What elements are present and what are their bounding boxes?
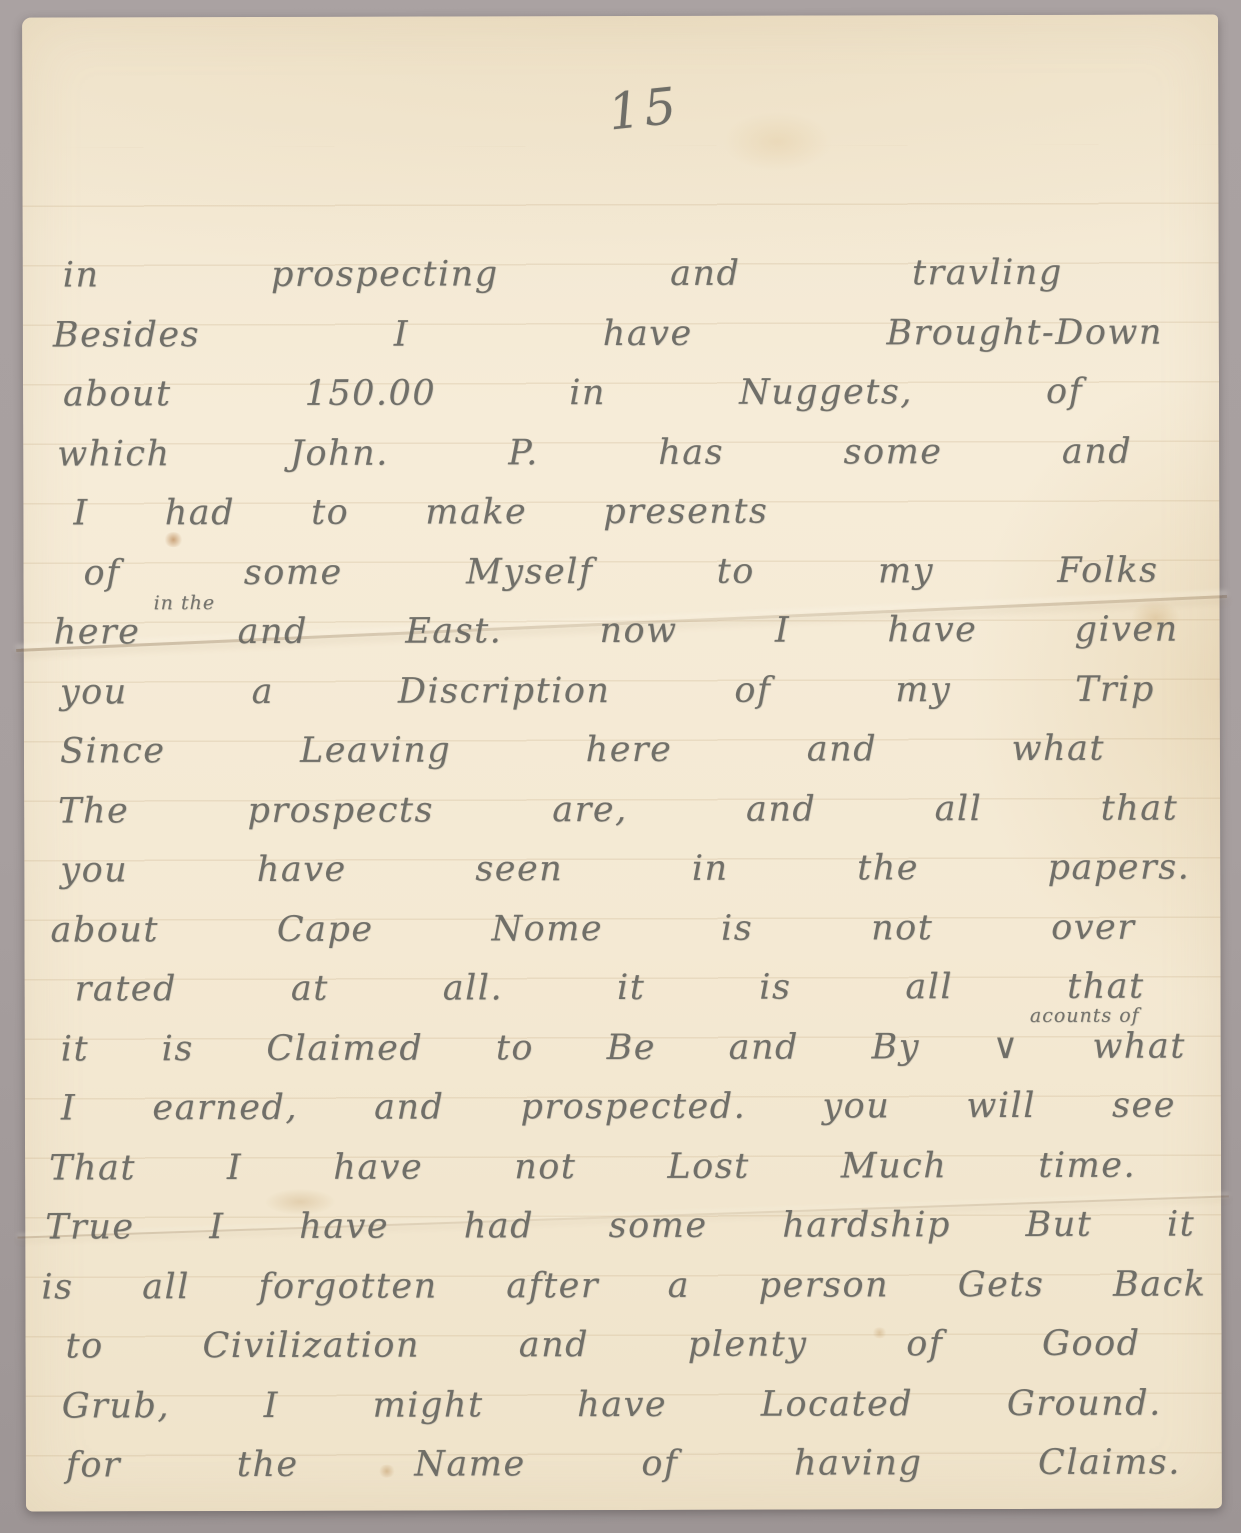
handwritten-line: rated at all. it is all that — [75, 958, 1145, 1020]
interlinear-insertion: in the — [154, 591, 216, 615]
handwritten-line: it is Claimed to Be and By ∨ what acount… — [61, 1017, 1186, 1079]
photo-background: { "letter": { "kind": "handwritten lette… — [0, 0, 1241, 1533]
handwritten-line: That I have not Lost Much time. — [49, 1136, 1136, 1198]
handwritten-line: of some Myself to my Folks — [83, 541, 1158, 603]
handwritten-line: is all forgotten after a person Gets Bac… — [41, 1255, 1206, 1318]
line-text: here and East. now I have given — [54, 610, 1179, 653]
handwritten-line: Grub, I might have Located Ground. — [62, 1374, 1162, 1436]
handwritten-line: in prospecting and travling — [63, 244, 1063, 306]
handwritten-line: The prospects are, and all that — [58, 779, 1178, 841]
paper-stain — [722, 111, 832, 171]
handwritten-line: about Cape Nome is not over — [50, 898, 1135, 960]
handwritten-line: you have seen in the papers. — [60, 839, 1190, 901]
letter-page: 15 in prospecting and travling Besides I… — [22, 14, 1222, 1511]
handwritten-line: Besides I have Brought-Down — [53, 303, 1163, 365]
handwritten-line: I earned, and prospected. you will see — [61, 1077, 1176, 1139]
interlinear-insertion: acounts of — [1030, 1003, 1140, 1027]
page-number: 15 — [605, 76, 682, 141]
letter-body: in prospecting and travling Besides I ha… — [23, 243, 1222, 1496]
handwritten-line: for the Name of having Claims. — [66, 1434, 1181, 1496]
handwritten-line: I had to make presents — [73, 483, 768, 544]
handwritten-line: which John. P. has some and — [57, 422, 1132, 484]
handwritten-line: about 150.00 in Nuggets, of — [63, 363, 1083, 425]
handwritten-line: Since Leaving here and what — [60, 720, 1105, 782]
handwritten-line: here and East. now I have given in the — [54, 601, 1179, 663]
handwritten-line: to Civilization and plenty of Good — [65, 1315, 1140, 1377]
line-text: it is Claimed to Be and By ∨ what — [61, 1026, 1186, 1069]
handwritten-line: True I have had some hardship But it — [45, 1196, 1195, 1259]
handwritten-line: you a Discription of my Trip — [60, 660, 1155, 722]
